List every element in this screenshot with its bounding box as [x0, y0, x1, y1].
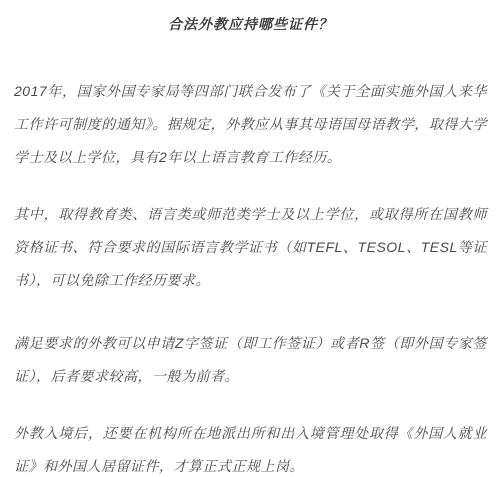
article: 合法外教应持哪些证件？ 2017年，国家外国专家局等四部门联合发布了《关于全面实… [0, 0, 501, 477]
paragraph-regulation-notice: 2017年，国家外国专家局等四部门联合发布了《关于全面实施外国人来华工作许可制度… [14, 75, 487, 174]
article-title: 合法外教应持哪些证件？ [14, 13, 487, 35]
article-page: 合法外教应持哪些证件？ 2017年，国家外国专家局等四部门联合发布了《关于全面实… [0, 0, 501, 477]
paragraph-visa-types: 满足要求的外教可以申请Z字签证（即工作签证）或者R签（即外国专家签证），后者要求… [14, 327, 487, 393]
paragraph-after-entry: 外教入境后，还要在机构所在地派出所和出入境管理处取得《外国人就业证》和外国人居留… [14, 417, 487, 477]
paragraph-degree-certificates: 其中，取得教育类、语言类或师范类学士及以上学位，或取得所在国教师资格证书、符合要… [14, 198, 487, 297]
